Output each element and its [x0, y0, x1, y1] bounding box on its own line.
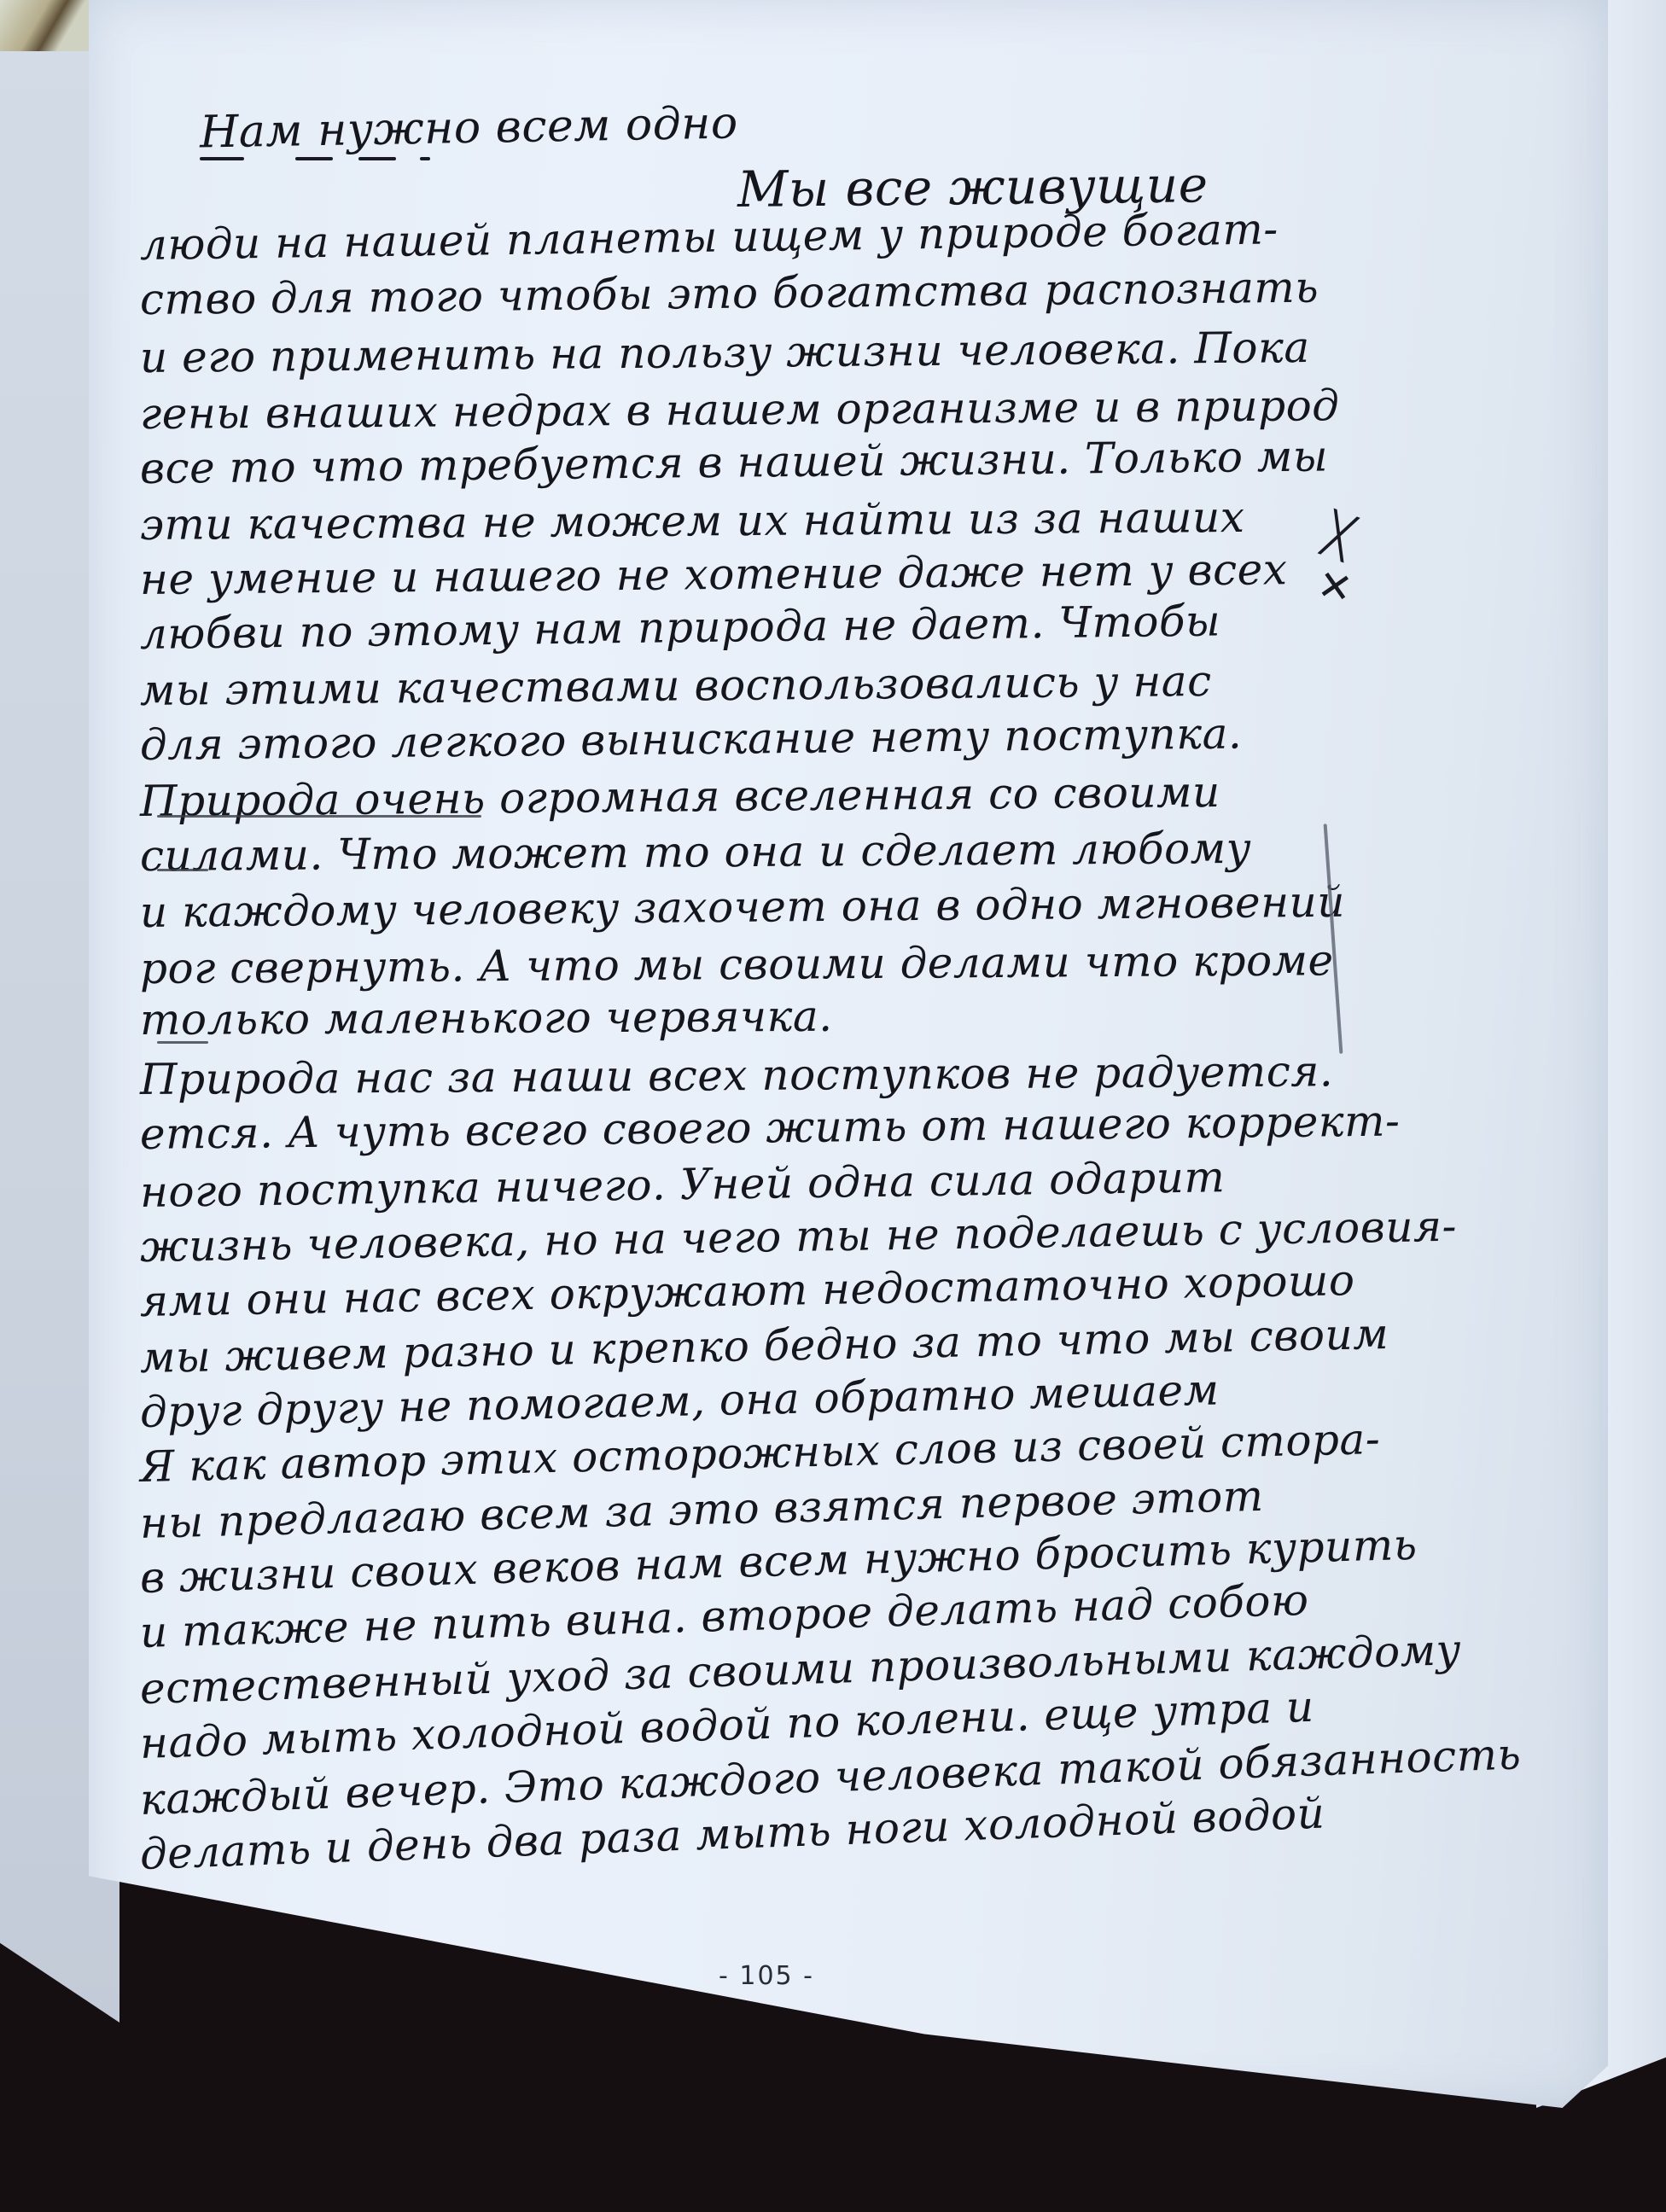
text-line-8: не умение и нашего не хотение даже нет у… [140, 544, 1288, 604]
text-line-9: любви по этому нам природа не дает. Чтоб… [140, 597, 1221, 659]
text-line-4: и его применить на пользу жизни человека… [140, 323, 1310, 382]
text-line-11: для этого легкого вынискание нету поступ… [140, 708, 1243, 770]
text-line-10: мы этими качествами воспользовались у на… [140, 656, 1212, 715]
photo-scene: Нам нужно всем одно Мы все живущие люди … [0, 0, 1666, 2212]
background-wood [0, 0, 94, 51]
text-line-6: все то что требуется в нашей жизни. Толь… [140, 431, 1329, 493]
text-line-13: силами. Что может то она и сделает любом… [140, 824, 1252, 881]
text-line-14: и каждому человеку захочет она в одно мг… [140, 877, 1345, 937]
text-underline [157, 869, 208, 871]
title-underline-dashes [200, 157, 626, 164]
text-underline [157, 1041, 208, 1044]
insertion-cross-mark-icon: ╳ [1319, 509, 1358, 563]
manuscript-content: Нам нужно всем одно Мы все живущие люди … [89, 0, 1540, 2048]
text-line-15: рог свернуть. А что мы своими делами что… [140, 935, 1334, 993]
text-line-18: ется. А чуть всего своего жить от нашего… [140, 1097, 1401, 1159]
insertion-cross-mark-icon: ✕ [1314, 561, 1355, 614]
text-underline [157, 815, 481, 818]
title-text: Нам нужно всем одно [200, 98, 739, 159]
text-line-16: только маленького червячка. [140, 992, 833, 1045]
text-line-7: эти качества не можем их найти из за наш… [140, 492, 1245, 550]
page-title: Нам нужно всем одно [200, 98, 739, 159]
text-line-5: гены внаших недрах в нашем организме и в… [140, 381, 1340, 439]
text-line-17: Природа нас за наши всех поступков не ра… [140, 1046, 1334, 1104]
text-line-2: люди на нашей планеты ищем у природе бог… [140, 204, 1279, 270]
text-line-3: ство для того чтобы это богатства распоз… [140, 263, 1319, 324]
page-number: - 105 - [719, 1961, 814, 1991]
